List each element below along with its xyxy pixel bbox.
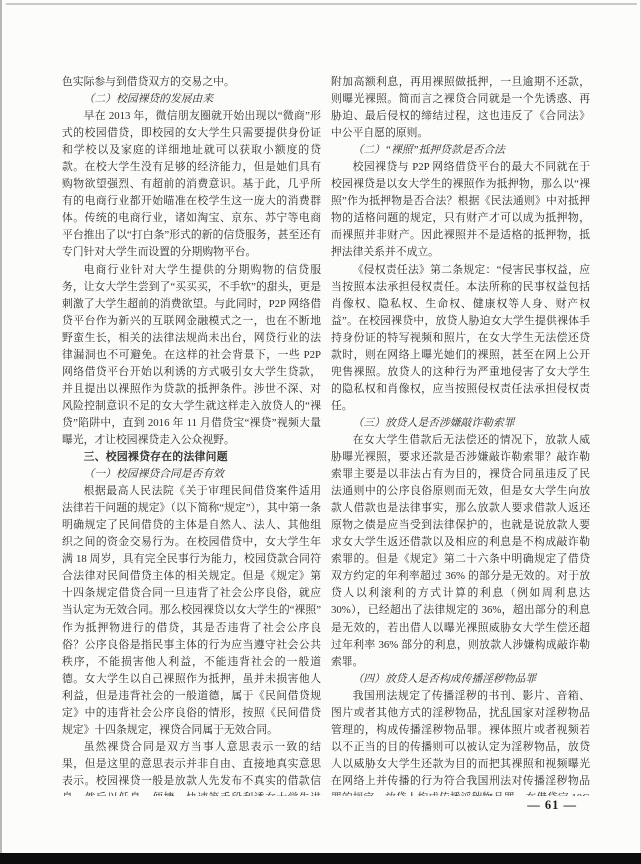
paragraph-continuation: 色实际参与到借贷双方的交易之中。 xyxy=(62,74,321,91)
document-page: 色实际参与到借贷双方的交易之中。（二）校园裸贷的发展由来早在 2013 年，微信… xyxy=(0,0,641,864)
body-paragraph: 我国刑法规定了传播淫秽的书刊、影片、音箱、图片或者其他方式的淫秽物品，扰乱国家对… xyxy=(331,688,590,796)
text-column-left: 色实际参与到借贷双方的交易之中。（二）校园裸贷的发展由来早在 2013 年，微信… xyxy=(62,74,321,796)
scan-edge-left xyxy=(0,0,2,864)
body-paragraph: 《侵权责任法》第二条规定：“侵害民事权益，应当按照本法承担侵权责任。本法所称的民… xyxy=(331,262,590,415)
scan-edge-bottom xyxy=(0,853,641,864)
body-paragraph: 早在 2013 年，微信朋友圈就开始出现以“微商”形式的校园借贷，即校园的女大学… xyxy=(62,108,321,261)
subsection-heading: （三）放贷人是否涉嫌敲诈勒索罪 xyxy=(331,415,590,432)
subsection-heading: （二）“裸照”抵押贷款是否合法 xyxy=(331,142,590,159)
body-paragraph: 校园裸贷与 P2P 网络借贷平台的最大不同就在于校园裸贷是以女大学生的裸照作为抵… xyxy=(331,159,590,261)
subsection-heading: （四）放贷人是否构成传播淫秽物品罪 xyxy=(331,671,590,688)
text-column-right: 附加高额利息，再用裸照做抵押，一旦逾期不还款，则曝光裸照。简而言之裸贷合同就是一… xyxy=(331,74,590,796)
subsection-heading: （一）校园裸贷合同是否有效 xyxy=(62,466,321,483)
page-number: — 61 — xyxy=(331,798,577,813)
body-paragraph: 在女大学生借款后无法偿还的情况下，放款人威胁曝光裸照，要求还款是否涉嫌敲诈勒索罪… xyxy=(331,432,590,671)
section-heading: 三、校园裸贷存在的法律问题 xyxy=(62,449,321,466)
scan-edge-top xyxy=(6,3,637,5)
body-paragraph: 电商行业针对大学生提供的分期购物的信贷服务，让女大学生尝到了“买买买，不手软”的… xyxy=(62,262,321,450)
paragraph-continuation: 附加高额利息，再用裸照做抵押，一旦逾期不还款，则曝光裸照。简而言之裸贷合同就是一… xyxy=(331,74,590,142)
body-paragraph: 根据最高人民法院《关于审理民间借贷案件适用法律若干问题的规定》（以下简称“规定”… xyxy=(62,483,321,739)
body-paragraph: 虽然裸贷合同是双方当事人意思表示一致的结果，但是这里的意思表示并非自由、直接地真… xyxy=(62,739,321,796)
subsection-heading: （二）校园裸贷的发展由来 xyxy=(62,91,321,108)
